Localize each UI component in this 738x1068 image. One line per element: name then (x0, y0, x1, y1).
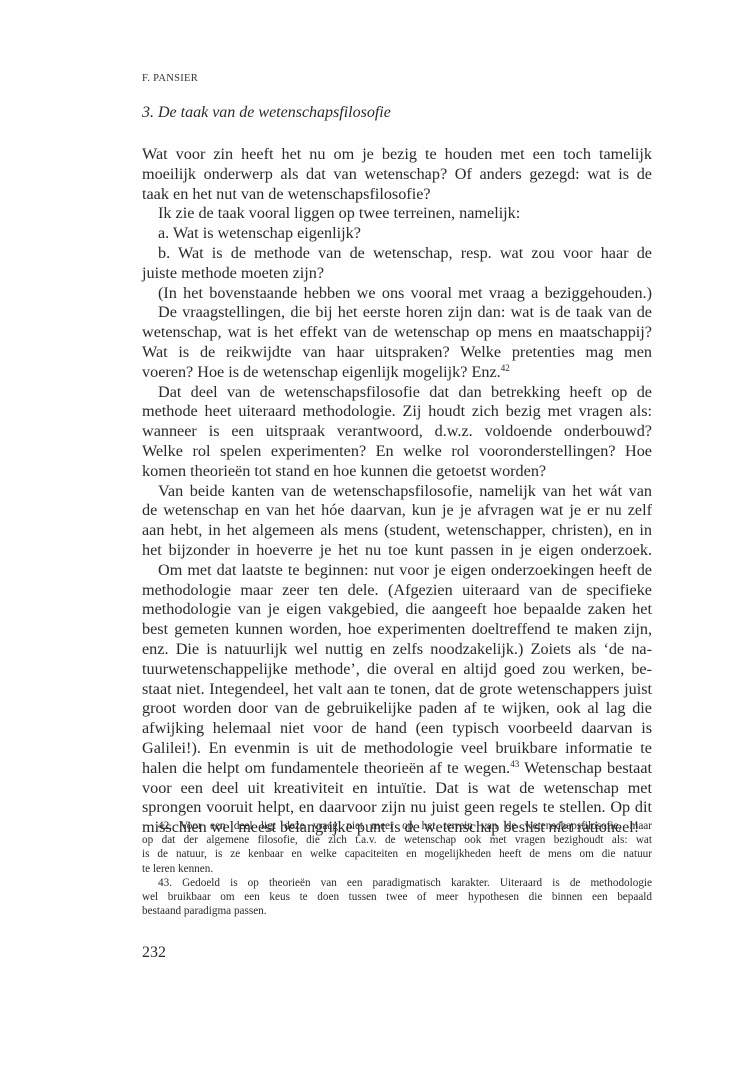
body-line: Ik zie de taak vooral liggen op twee ter… (142, 204, 652, 224)
body-line: aan hebt, in het algemeen als mens (stud… (142, 521, 652, 541)
body-line: methodologie maar zeer ten dele. (Afgezi… (142, 581, 652, 601)
footnote-43-line: 43. Gedoeld is op theorieën van een para… (142, 876, 652, 890)
footnote-42-line: te leren kennen. (142, 862, 652, 876)
list-item-a: a. Wat is wetenschap eigenlijk? (142, 224, 652, 244)
body-line: (In het bovenstaande hebben we ons voora… (142, 284, 652, 304)
running-head-author: F. PANSIER (142, 73, 198, 84)
body-text-fragment: halen die helpt om fundamentele theorieë… (142, 759, 510, 777)
page-number: 232 (142, 944, 166, 962)
body-line: afwijking helemaal niet voor de hand (ee… (142, 719, 652, 739)
footnote-43-line: wel bruikbaar om een keus te doen tussen… (142, 890, 652, 904)
footnote-42-line: 42. Voor een deel ligt deze vraag niet m… (142, 819, 652, 833)
body-line: Wat voor zin heeft het nu om je bezig te… (142, 145, 652, 165)
body-line: juiste methode moeten zijn? (142, 264, 652, 284)
body-line: halen die helpt om fundamentele theorieë… (142, 759, 652, 779)
body-line: het bijzonder in hoeverre je het nu toe … (142, 541, 652, 561)
body-line: Welke rol spelen experimenten? En welke … (142, 442, 652, 462)
body-line: De vraagstellingen, die bij het eerste h… (142, 303, 652, 323)
body-line: wetenschap, wat is het effekt van de wet… (142, 323, 652, 343)
footnote-43-line: bestaand paradigma passen. (142, 904, 652, 918)
list-item-b: b. Wat is de methode van de wetenschap, … (142, 244, 652, 264)
body-line: Galilei!). En evenmin is uit de methodol… (142, 739, 652, 759)
footnote-ref-42[interactable]: 42 (501, 363, 510, 373)
body-line: Wat is de reikwijdte van haar uitspraken… (142, 343, 652, 363)
footnotes: 42. Voor een deel ligt deze vraag niet m… (142, 819, 652, 918)
body-text-fragment: voeren? Hoe is de wetenschap eigenlijk m… (142, 363, 501, 381)
body-text: Wat voor zin heeft het nu om je bezig te… (142, 145, 652, 838)
body-line: Om met dat laatste te beginnen: nut voor… (142, 561, 652, 581)
body-line: taak en het nut van de wetenschapsfiloso… (142, 185, 652, 205)
body-line: de wetenschap en van het hóe daarvan, ku… (142, 501, 652, 521)
section-title: 3. De taak van de wetenschapsfilosofie (142, 104, 391, 122)
body-line: Van beide kanten van de wetenschapsfilos… (142, 482, 652, 502)
body-line: best gemeten kunnen worden, hoe experime… (142, 620, 652, 640)
body-line: wanneer is een uitspraak verantwoord, d.… (142, 422, 652, 442)
body-line: groot worden door van de gebruikelijke p… (142, 699, 652, 719)
body-line: moeilijk onderwerp als dat van wetenscha… (142, 165, 652, 185)
body-line: tuurwetenschappelijke methode’, die over… (142, 660, 652, 680)
body-line: staat niet. Integendeel, het valt aan te… (142, 680, 652, 700)
body-text-fragment: Wetenschap bestaat (519, 759, 652, 777)
footnote-42-line: op dat der algemene filosofie, die zich … (142, 833, 652, 847)
body-line: komen theorieën tot stand en hoe kunnen … (142, 462, 652, 482)
footnote-ref-43[interactable]: 43 (510, 759, 519, 769)
body-line: sprongen vooruit helpt, en daarvoor zijn… (142, 798, 652, 818)
body-line: Dat deel van de wetenschapsfilosofie dat… (142, 383, 652, 403)
body-line: voeren? Hoe is de wetenschap eigenlijk m… (142, 363, 652, 383)
body-line: methodologie van je eigen vakgebied, die… (142, 600, 652, 620)
body-line: methode heet uiteraard methodologie. Zij… (142, 402, 652, 422)
body-line: voor een deel uit kreativiteit en intuït… (142, 779, 652, 799)
body-line: enz. Die is natuurlijk wel nuttig en zel… (142, 640, 652, 660)
document-page: F. PANSIER 3. De taak van de wetenschaps… (0, 0, 738, 1068)
footnote-42-line: is de natuur, is ze kenbaar en welke cap… (142, 847, 652, 861)
